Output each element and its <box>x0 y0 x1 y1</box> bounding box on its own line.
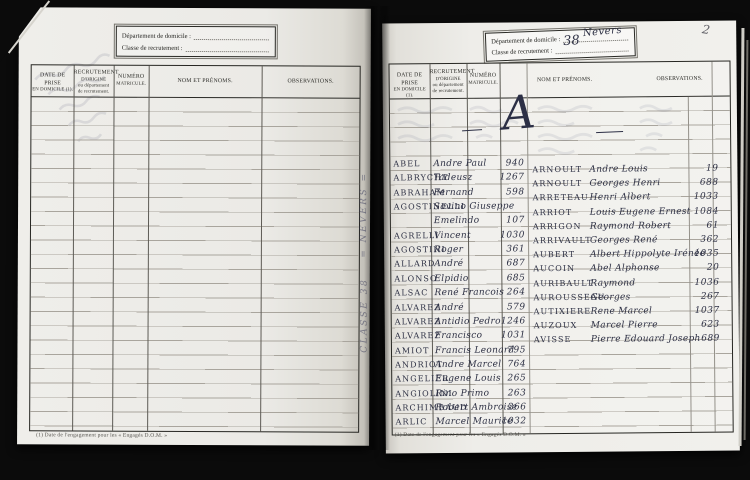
entry-matricule-number: 20 <box>679 263 719 273</box>
column-header-numero: NUMÉRO MATRICULE. <box>114 74 149 88</box>
entry-given-names: Raymond <box>590 278 635 288</box>
entry-matricule-number: 1037 <box>680 306 720 316</box>
column-header-nom: NOM ET PRÉNOMS. <box>149 78 262 86</box>
register-entry-row: ARNOULTGeorges Henri688 <box>391 178 731 193</box>
entry-given-names: Henri Albert <box>590 193 651 204</box>
register-entry-row: ARRIGONRaymond Robert61 <box>391 220 731 235</box>
entry-matricule-number: 689 <box>680 334 720 344</box>
entry-matricule-number: 1033 <box>679 192 719 202</box>
column-header-recrutement: RECRUTEMENT D'ORIGINE ou département de … <box>74 69 114 95</box>
register-table-right: DATE DE PRISE EN DOMICILE (1). RECRUTEME… <box>388 61 733 436</box>
entry-given-names: Raymond Robert <box>590 221 671 232</box>
register-entry-row: ARRETEAUHenri Albert1033 <box>391 192 731 207</box>
entry-surname: ARRETEAU <box>533 193 589 202</box>
entry-matricule-number: 19 <box>678 164 718 174</box>
entry-given-names: Georges <box>590 292 630 302</box>
column-header-date: DATE DE PRISE EN DOMICILE (1). <box>32 72 74 93</box>
entry-matricule-number: 623 <box>680 320 720 330</box>
footnote-left: (1) Date de l'engagement pour les « Enga… <box>36 432 167 439</box>
domicile-label: Département de domicile : <box>122 31 191 40</box>
domicile-line: Département de domicile : <box>122 31 270 41</box>
entry-surname: AUCOIN <box>533 264 575 273</box>
entry-matricule-number: 1035 <box>679 249 719 259</box>
register-entry-row: AUCOINAbel Alphonse20 <box>391 263 731 278</box>
entry-given-names: Georges René <box>590 235 658 246</box>
entry-given-names: Georges Henri <box>589 178 660 189</box>
entry-given-names: Rene Marcel <box>591 306 653 317</box>
entry-given-names: Abel Alphonse <box>590 264 659 275</box>
footnote-right: (1) Date de l'engagement pour les « Enga… <box>395 432 526 438</box>
entry-matricule-number: 688 <box>678 178 718 188</box>
entry-given-names: Marcel Pierre <box>591 320 658 331</box>
entry-surname: ARRIVAULT <box>533 236 592 246</box>
entry-surname: ARNOULT <box>532 179 582 188</box>
scanned-register-spread: Département de domicile : Classe de recr… <box>0 0 750 480</box>
entry-matricule-number: 362 <box>679 235 719 245</box>
register-entry-row: ARRIVAULTGeorges René362 <box>391 235 731 250</box>
handwritten-domicile: Nevers <box>582 26 622 38</box>
header-box-left: Département de domicile : Classe de recr… <box>116 26 276 58</box>
entries-column-right: ARNOULTAndre Louis19ARNOULTGeorges Henri… <box>389 62 732 435</box>
register-entry-row: AUTIXIERERene Marcel1037 <box>392 306 732 321</box>
register-entry-row: AUROUSSEAUGeorges267 <box>391 291 731 306</box>
entry-surname: ARRIGON <box>533 222 582 231</box>
classe-blank-line: 38 <box>555 44 628 55</box>
entry-given-names: Andre Louis <box>589 164 648 175</box>
classe-label: Classe de recrutement : <box>122 43 183 52</box>
entry-surname: AUBERT <box>533 250 575 259</box>
handwritten-classe: 38 <box>563 36 580 46</box>
entry-surname: AUZOUX <box>534 321 578 330</box>
register-table-left: DATE DE PRISE EN DOMICILE (1). RECRUTEME… <box>29 64 361 432</box>
register-entry-row: AUBERTAlbert Hippolyte Irénée1035 <box>391 249 731 264</box>
entry-surname: AURIBAULT <box>533 278 593 288</box>
gutter-vertical-text-nevers: = NEVERS = <box>359 156 371 258</box>
register-entry-row: ARNOULTAndre Louis19 <box>390 164 730 179</box>
page-stack-edge <box>744 40 749 440</box>
domicile-label: Département de domicile : <box>491 35 560 47</box>
header-box-right: Département de domicile : Nevers Classe … <box>485 27 636 61</box>
register-entry-row: ARRIOTLouis Eugene Ernest1084 <box>391 206 731 221</box>
entry-matricule-number: 267 <box>679 291 719 301</box>
classe-blank-line <box>186 43 269 51</box>
gutter-vertical-text-classe: CLASSE 38 <box>359 263 371 353</box>
register-entry-row: AVISSEPierre Edouard Joseph689 <box>392 334 732 349</box>
entry-matricule-number: 61 <box>679 220 719 230</box>
ruled-rows <box>30 97 359 431</box>
domicile-blank-line <box>194 31 269 39</box>
entry-surname: ARRIOT <box>533 207 573 216</box>
entry-given-names: Louis Eugene Ernest <box>590 206 691 217</box>
classe-line: Classe de recrutement : <box>122 43 270 53</box>
entry-matricule-number: 1036 <box>679 277 719 287</box>
register-entry-row: AUZOUXMarcel Pierre623 <box>392 320 732 335</box>
page-number: 2 <box>701 22 711 37</box>
column-header-observations: OBSERVATIONS. <box>262 78 360 86</box>
entry-matricule-number: 1084 <box>679 206 719 216</box>
register-entry-row: AURIBAULTRaymond1036 <box>391 277 731 292</box>
entry-surname: AVISSE <box>534 335 572 344</box>
entry-surname: AUTIXIERE <box>534 307 592 317</box>
left-page: Département de domicile : Classe de recr… <box>17 7 371 446</box>
right-page: Département de domicile : Nevers Classe … <box>382 20 740 453</box>
entry-surname: ARNOULT <box>532 165 582 174</box>
classe-label: Classe de recrutement : <box>491 46 552 57</box>
